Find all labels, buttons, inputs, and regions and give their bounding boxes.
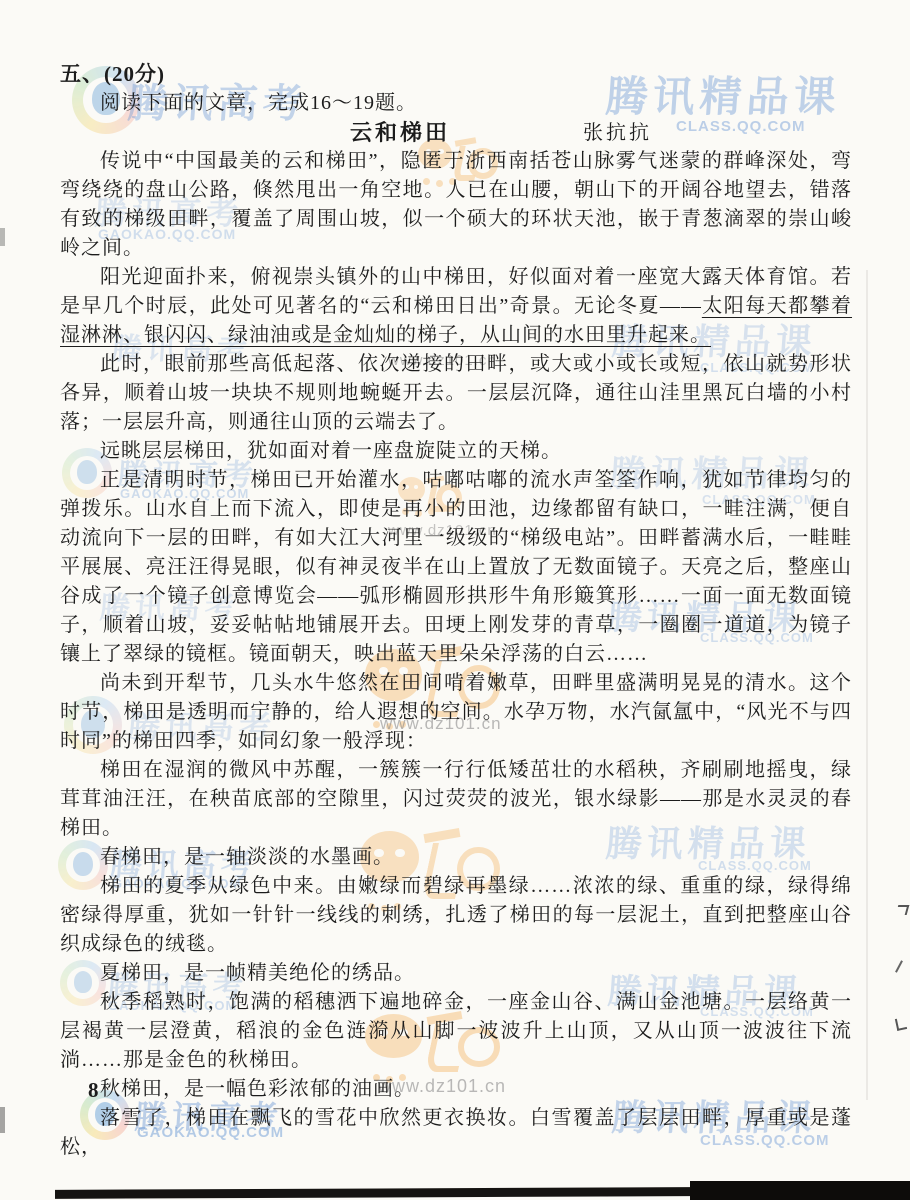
- paragraph: 春梯田，是一轴淡淡的水墨画。: [60, 843, 852, 872]
- scan-bleed-mark: [895, 1017, 907, 1031]
- scan-crease-line: [866, 270, 868, 1100]
- paragraph: 远眺层层梯田，犹如面对着一座盘旋陡立的天梯。: [60, 437, 852, 466]
- section-heading: 五、(20分): [60, 60, 852, 89]
- scan-smudge: [0, 1107, 5, 1133]
- article-author: 张抗抗: [583, 119, 652, 148]
- paragraph: 秋季稻熟时，饱满的稻穗洒下遍地碎金，一座金山谷、满山金池塘。一层络黄一层褐黄一层…: [60, 988, 852, 1075]
- text-run: 梯田的夏季从绿色中来。由嫩绿而碧绿再墨绿……浓浓的绿、重重的绿，绿得绵密绿得厚重…: [60, 875, 852, 955]
- paragraph: 秋梯田，是一幅色彩浓郁的油画。: [60, 1075, 852, 1104]
- article-title: 云和梯田: [350, 118, 450, 147]
- text-run: 秋梯田，是一幅色彩浓郁的油画。: [100, 1078, 415, 1100]
- article-body: 传说中“中国最美的云和梯田”，隐匿于浙西南括苍山脉雾气迷蒙的群峰深处，弯弯绕绕的…: [60, 147, 852, 1162]
- paragraph: 落雪了，梯田在飘飞的雪花中欣然更衣换妆。白雪覆盖了层层田畔，厚重或是蓬松，: [60, 1104, 852, 1162]
- page-number: 8: [88, 1078, 99, 1103]
- paragraph: 传说中“中国最美的云和梯田”，隐匿于浙西南括苍山脉雾气迷蒙的群峰深处，弯弯绕绕的…: [60, 147, 852, 263]
- paragraph: 梯田的夏季从绿色中来。由嫩绿而碧绿再墨绿……浓浓的绿、重重的绿，绿得绵密绿得厚重…: [60, 872, 852, 959]
- title-line: 云和梯田 张抗抗: [60, 118, 852, 147]
- text-run: 正是清明时节，梯田已开始灌水，咕嘟咕嘟的流水声筌筌作响，犹如节律均匀的弹拨乐。山…: [60, 469, 852, 665]
- paragraph: 尚未到开犁节，几头水牛悠然在田间啃着嫩草，田畔里盛满明晃晃的清水。这个时节，梯田…: [60, 669, 852, 756]
- paragraph: 梯田在湿润的微风中苏醒，一簇簇一行行低矮茁壮的水稻秧，齐刷刷地摇曳，绿茸茸油汪汪…: [60, 756, 852, 843]
- paragraph: 夏梯田，是一帧精美绝伦的绣品。: [60, 959, 852, 988]
- paragraph: 正是清明时节，梯田已开始灌水，咕嘟咕嘟的流水声筌筌作响，犹如节律均匀的弹拨乐。山…: [60, 466, 852, 669]
- text-run: 秋季稻熟时，饱满的稻穗洒下遍地碎金，一座金山谷、满山金池塘。一层络黄一层褐黄一层…: [60, 991, 852, 1071]
- text-run: 落雪了，梯田在飘飞的雪花中欣然更衣换妆。白雪覆盖了层层田畔，厚重或是蓬松，: [60, 1107, 852, 1158]
- scan-bleed-mark: [895, 960, 903, 972]
- text-run: 传说中“中国最美的云和梯田”，隐匿于浙西南括苍山脉雾气迷蒙的群峰深处，弯弯绕绕的…: [60, 150, 852, 259]
- paragraph: 此时，眼前那些高低起落、依次递接的田畔，或大或小或长或短，依山就势形状各异，顺着…: [60, 350, 852, 437]
- text-run: 春梯田，是一轴淡淡的水墨画。: [100, 846, 394, 868]
- scanned-exam-page: 腾讯高考 腾讯高考 腾讯高考 腾讯高考 腾讯高考 腾讯高考 腾讯高考 腾讯高考 …: [0, 0, 910, 1200]
- scan-edge-bar-thick: [690, 1181, 910, 1200]
- text-run: 梯田在湿润的微风中苏醒，一簇簇一行行低矮茁壮的水稻秧，齐刷刷地摇曳，绿茸茸油汪汪…: [60, 759, 852, 839]
- article-column: 五、(20分) 阅读下面的文章，完成16～19题。 云和梯田 张抗抗 传说中“中…: [60, 60, 852, 1162]
- text-run: 远眺层层梯田，犹如面对着一座盘旋陡立的天梯。: [100, 440, 562, 462]
- scan-bleed-mark: [896, 905, 910, 915]
- paragraph: 阳光迎面扑来，俯视崇头镇外的山中梯田，好似面对着一座宽大露天体育馆。若是早几个时…: [60, 263, 852, 350]
- text-run: 尚未到开犁节，几头水牛悠然在田间啃着嫩草，田畔里盛满明晃晃的清水。这个时节，梯田…: [60, 672, 852, 752]
- scan-smudge: [0, 228, 5, 246]
- instruction-line: 阅读下面的文章，完成16～19题。: [60, 89, 852, 118]
- text-run: 此时，眼前那些高低起落、依次递接的田畔，或大或小或长或短，依山就势形状各异，顺着…: [60, 353, 852, 433]
- text-run: 夏梯田，是一帧精美绝伦的绣品。: [100, 962, 415, 984]
